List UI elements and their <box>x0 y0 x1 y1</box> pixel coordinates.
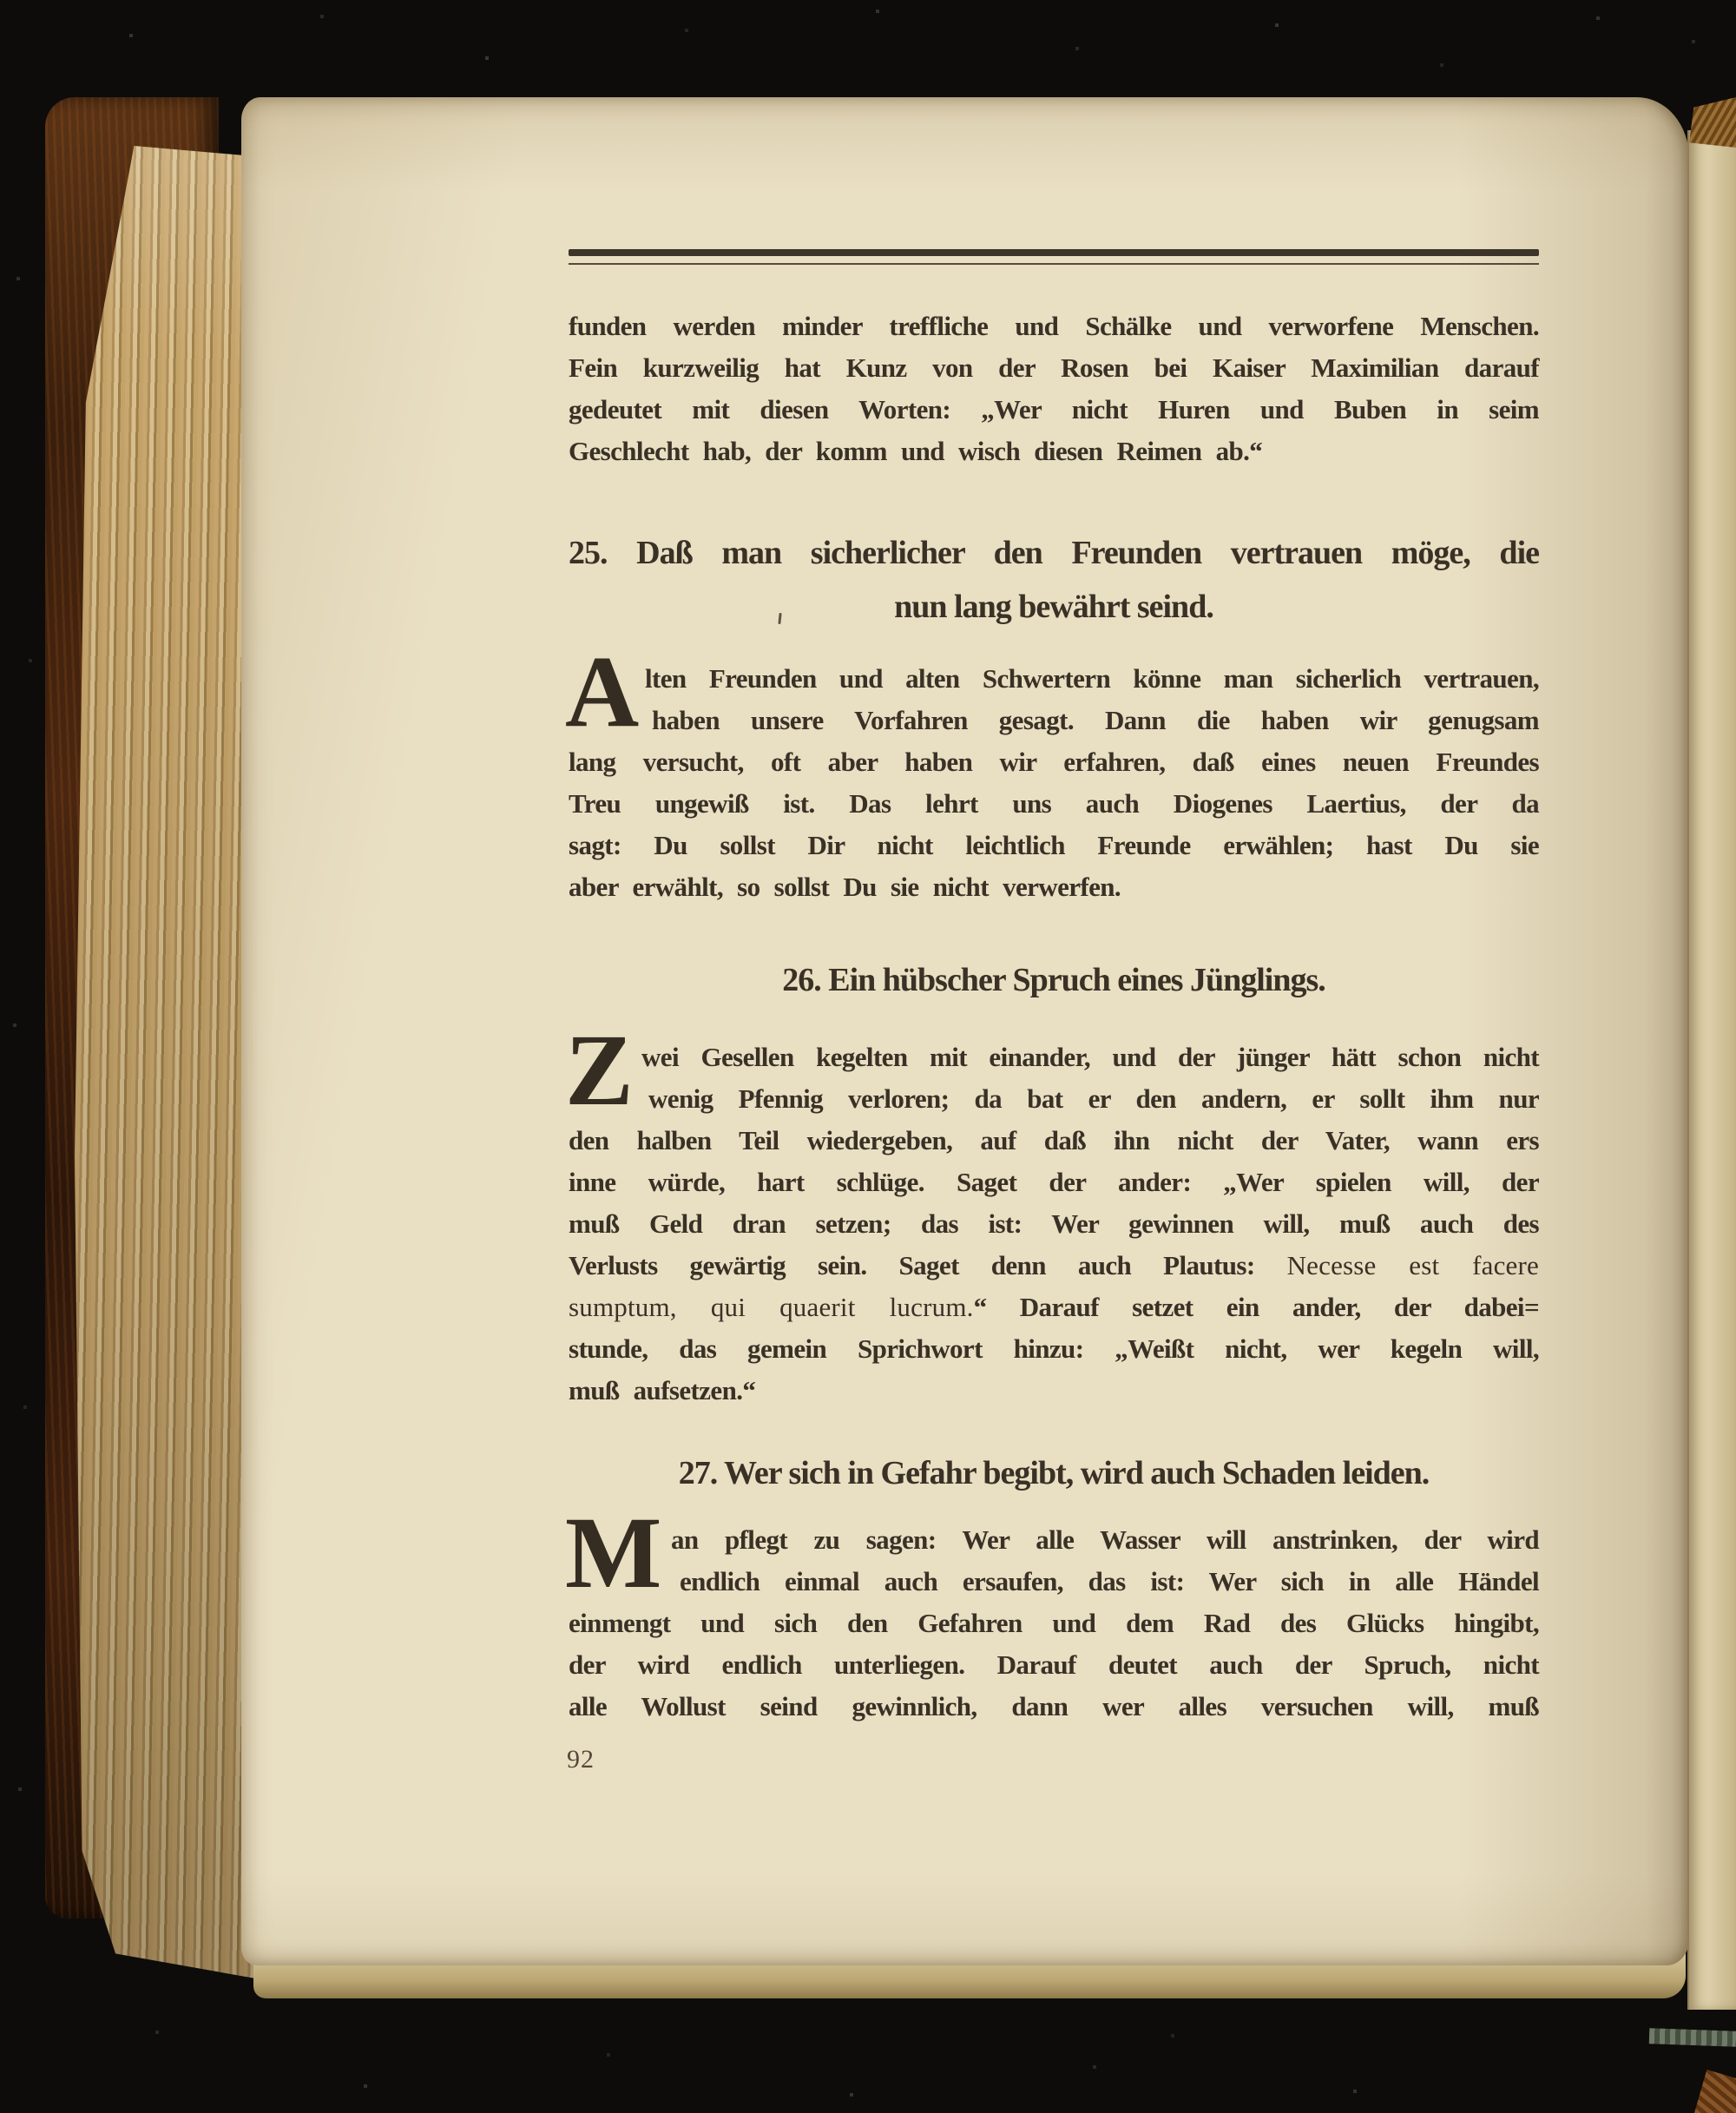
paragraph-25: Alten Freunden und alten Schwertern könn… <box>569 658 1539 908</box>
text-line: nun lang bewährt seind. <box>569 580 1539 634</box>
fraktur-text: stunde, das gemein Sprichwort hinzu: „We… <box>569 1333 1539 1364</box>
text-line: wei Gesellen kegelten mit einander, und … <box>569 1037 1539 1078</box>
text-line: 25. Daß man sicherlicher den Freunden ve… <box>569 526 1539 580</box>
fraktur-text: haben unsere Vorfahren gesagt. Dann die … <box>652 705 1539 735</box>
heading-27: 27. Wer sich in Gefahr begibt, wird auch… <box>569 1446 1539 1500</box>
text-line: 26. Ein hübscher Spruch eines Jünglings. <box>569 953 1539 1007</box>
latin-antiqua-text: sumptum, qui quaerit lucrum. <box>569 1292 974 1322</box>
header-rule-thick <box>569 249 1539 256</box>
fraktur-text: nun lang bewährt seind. <box>894 589 1213 625</box>
fraktur-text: Verlusts gewärtig sein. Saget denn auch … <box>569 1250 1287 1280</box>
fraktur-text: Fein kurzweilig hat Kunz von der Rosen b… <box>569 352 1539 383</box>
heading-25: 25. Daß man sicherlicher den Freunden ve… <box>569 526 1539 634</box>
text-line: Verlusts gewärtig sein. Saget denn auch … <box>569 1245 1539 1287</box>
text-line: sumptum, qui quaerit lucrum.“ Darauf set… <box>569 1287 1539 1328</box>
text-line: inne würde, hart schlüge. Saget der ande… <box>569 1162 1539 1203</box>
text-line: muß Geld dran setzen; das ist: Wer gewin… <box>569 1203 1539 1245</box>
page-number: 92 <box>567 1745 595 1774</box>
text-line: aber erwählt, so sollst Du sie nicht ver… <box>569 866 1539 908</box>
text-line: lang versucht, oft aber haben wir erfahr… <box>569 741 1539 783</box>
text-line: den halben Teil wiedergeben, auf daß ihn… <box>569 1120 1539 1162</box>
fraktur-text: sagt: Du sollst Dir nicht leichtlich Fre… <box>569 830 1539 860</box>
fraktur-text: wenig Pfennig verloren; da bat er den an… <box>648 1083 1539 1114</box>
fraktur-text: wei Gesellen kegelten mit einander, und … <box>641 1042 1539 1072</box>
text-line: der wird endlich unterliegen. Darauf deu… <box>569 1644 1539 1686</box>
text-line: alle Wollust seind gewinnlich, dann wer … <box>569 1686 1539 1728</box>
fraktur-text: gedeutet mit diesen Worten: „Wer nicht H… <box>569 394 1539 425</box>
heading-26: 26. Ein hübscher Spruch eines Jünglings. <box>569 953 1539 1007</box>
fraktur-text: 27. Wer sich in Gefahr begibt, wird auch… <box>679 1455 1430 1491</box>
fraktur-text: der wird endlich unterliegen. Darauf deu… <box>569 1649 1539 1680</box>
fraktur-text: “ Darauf setzet ein ander, der dabei= <box>974 1292 1539 1322</box>
fraktur-text: endlich einmal auch ersaufen, das ist: W… <box>680 1566 1539 1596</box>
fraktur-text: aber erwählt, so sollst Du sie nicht ver… <box>569 872 1121 902</box>
fraktur-text: einmengt und sich den Gefahren und dem R… <box>569 1608 1539 1638</box>
fraktur-text: lten Freunden und alten Schwertern könne… <box>645 663 1539 694</box>
text-line: Treu ungewiß ist. Das lehrt uns auch Dio… <box>569 783 1539 825</box>
text-line: muß aufsetzen.“ <box>569 1370 1539 1412</box>
dropcap-initial-Z: Z <box>565 1019 634 1122</box>
paragraph-27: Man pflegt zu sagen: Wer alle Wasser wil… <box>569 1519 1539 1728</box>
dropcap-initial-M: M <box>565 1502 661 1604</box>
fraktur-text: lang versucht, oft aber haben wir erfahr… <box>569 747 1539 777</box>
book-photograph: 92 funden werden minder treffliche und S… <box>0 0 1736 2113</box>
text-line: wenig Pfennig verloren; da bat er den an… <box>569 1078 1539 1120</box>
header-rule-thin <box>569 263 1539 265</box>
text-line: an pflegt zu sagen: Wer alle Wasser will… <box>569 1519 1539 1561</box>
text-line: Fein kurzweilig hat Kunz von der Rosen b… <box>569 347 1539 389</box>
fraktur-text: Treu ungewiß ist. Das lehrt uns auch Dio… <box>569 788 1539 819</box>
text-line: 27. Wer sich in Gefahr begibt, wird auch… <box>569 1446 1539 1500</box>
fraktur-text: den halben Teil wiedergeben, auf daß ihn… <box>569 1125 1539 1155</box>
latin-antiqua-text: Necesse est facere <box>1287 1250 1539 1280</box>
text-line: Geschlecht hab, der komm und wisch diese… <box>569 431 1539 472</box>
text-line: funden werden minder treffliche und Schä… <box>569 306 1539 347</box>
fraktur-text: funden werden minder treffliche und Schä… <box>569 311 1539 341</box>
fraktur-text: muß aufsetzen.“ <box>569 1375 755 1405</box>
text-line: sagt: Du sollst Dir nicht leichtlich Fre… <box>569 825 1539 866</box>
fraktur-text: inne würde, hart schlüge. Saget der ande… <box>569 1167 1539 1197</box>
printed-text-layer: 92 funden werden minder treffliche und S… <box>0 0 1736 2113</box>
continuation-paragraph: funden werden minder treffliche und Schä… <box>569 306 1539 472</box>
text-line: einmengt und sich den Gefahren und dem R… <box>569 1603 1539 1644</box>
fraktur-text: muß Geld dran setzen; das ist: Wer gewin… <box>569 1208 1539 1239</box>
fraktur-text: 26. Ein hübscher Spruch eines Jünglings. <box>782 962 1325 998</box>
text-line: haben unsere Vorfahren gesagt. Dann die … <box>569 700 1539 741</box>
fraktur-text: Geschlecht hab, der komm und wisch diese… <box>569 436 1262 466</box>
fraktur-text: 25. Daß man sicherlicher den Freunden ve… <box>569 535 1539 571</box>
paragraph-26: Zwei Gesellen kegelten mit einander, und… <box>569 1037 1539 1412</box>
text-line: stunde, das gemein Sprichwort hinzu: „We… <box>569 1328 1539 1370</box>
fraktur-text: an pflegt zu sagen: Wer alle Wasser will… <box>671 1524 1539 1555</box>
dropcap-initial-A: A <box>565 641 639 743</box>
text-line: gedeutet mit diesen Worten: „Wer nicht H… <box>569 389 1539 431</box>
text-line: endlich einmal auch ersaufen, das ist: W… <box>569 1561 1539 1603</box>
fraktur-text: alle Wollust seind gewinnlich, dann wer … <box>569 1691 1539 1721</box>
text-line: lten Freunden und alten Schwertern könne… <box>569 658 1539 700</box>
